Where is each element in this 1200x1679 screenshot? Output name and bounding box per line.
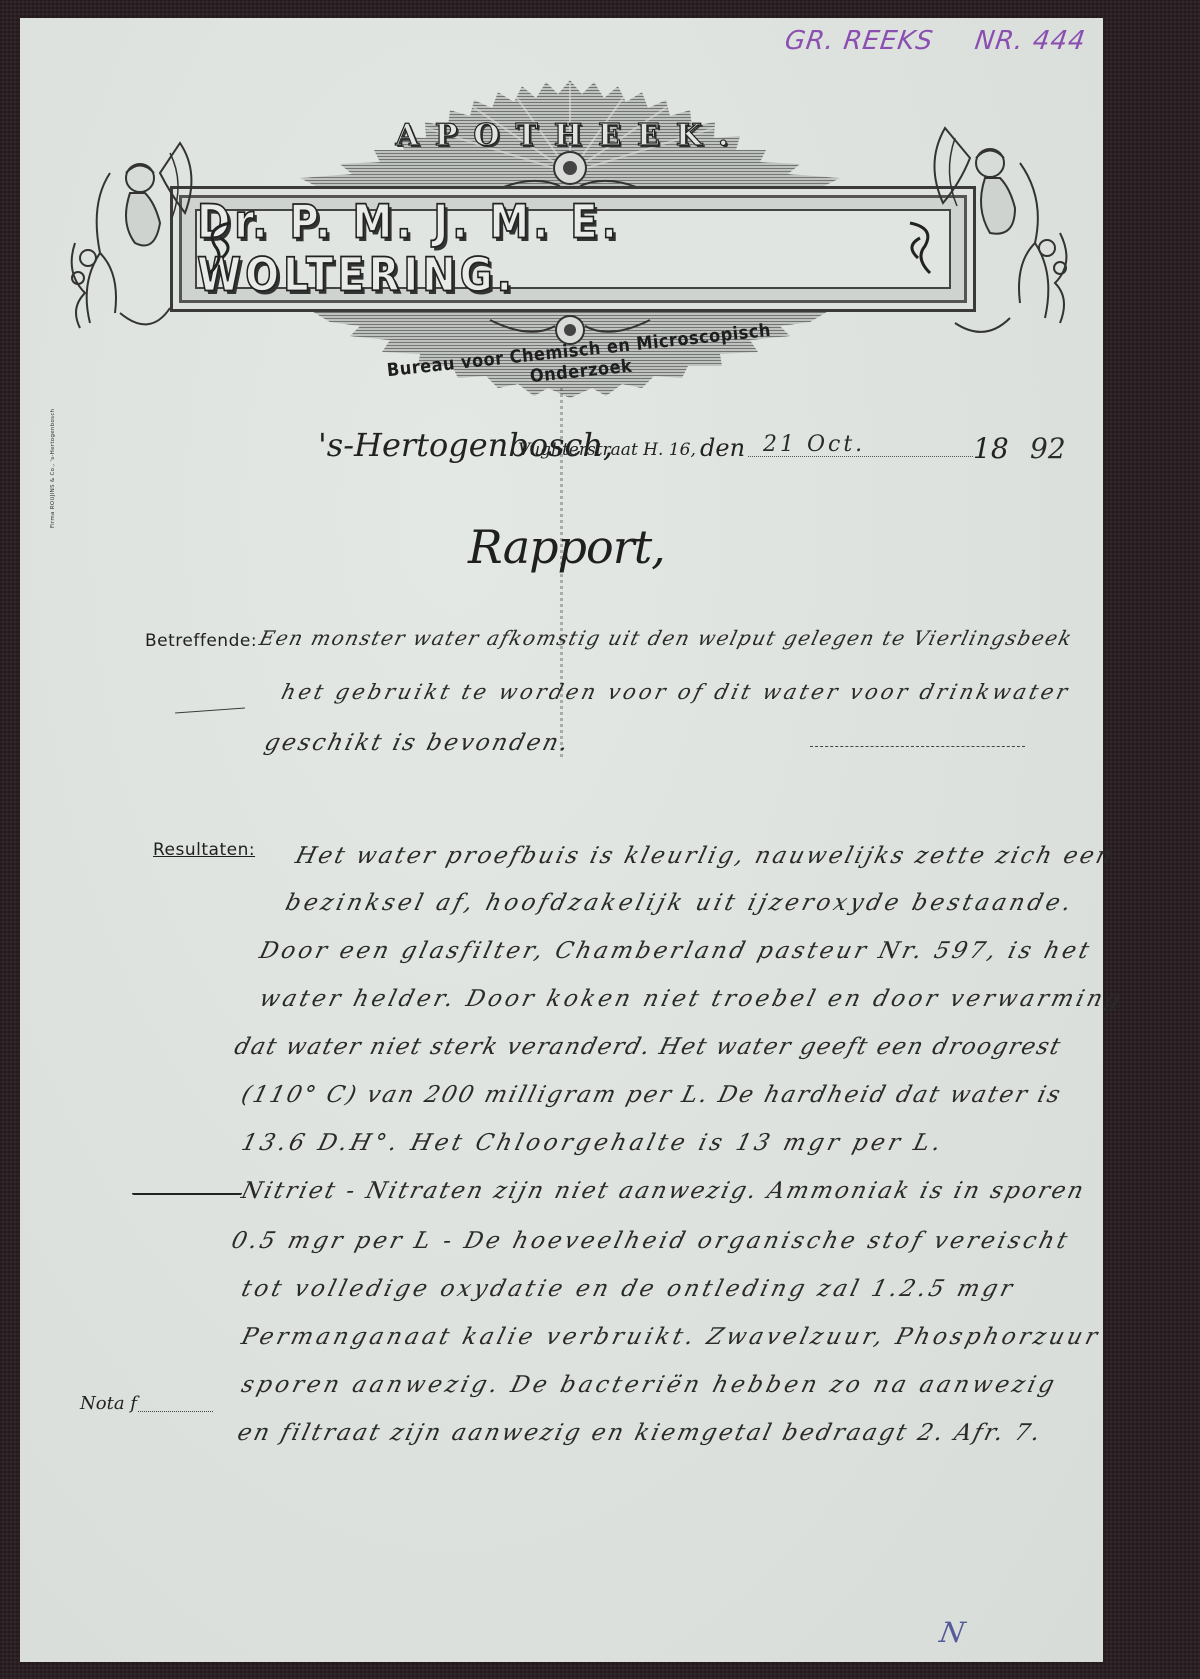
resultaten-line-6: (110° C) van 200 milligram per L. De har… (239, 1082, 1065, 1108)
resultaten-line-13: en filtraat zijn aanwezig en kiemgetal b… (235, 1420, 1046, 1446)
street-address: Vughterstraat H. 16, (518, 440, 696, 460)
archive-series-label: GR. REEKS (783, 26, 935, 56)
flourish-line (132, 1193, 242, 1195)
pharmacist-name: Dr. P. M. J. M. E. WOLTERING. (197, 196, 949, 302)
nota-label: Nota f (80, 1393, 137, 1414)
resultaten-line-1: Het water proefbuis is kleurlig, nauweli… (293, 843, 1117, 869)
year-prefix: 18 (973, 432, 1009, 465)
resultaten-line-12: sporen aanwezig. De bacteriën hebben zo … (239, 1372, 1060, 1398)
resultaten-line-9: 0.5 mgr per L - De hoeveelheid organisch… (229, 1228, 1073, 1254)
betreffende-end-rule (810, 746, 1025, 747)
betreffende-line-1: Een monster water afkomstig uit den welp… (257, 626, 1075, 650)
betreffende-line-3: geschikt is bevonden. (262, 730, 574, 756)
betreffende-line-2: het gebruikt te worden voor of dit water… (279, 680, 1073, 704)
apotheek-heading: APOTHEEK. (390, 118, 750, 153)
betreffende-label: Betreffende: (145, 631, 257, 651)
handwritten-year: 92 (1030, 432, 1066, 465)
resultaten-line-2: bezinksel af, hoofdzakelijk uit ijzeroxy… (283, 890, 1077, 916)
letterhead: APOTHEEK. Dr. P. M. J. M. E. WOLTERING. (60, 78, 1080, 398)
resultaten-line-4: water helder. Door koken niet troebel en… (257, 986, 1127, 1012)
flourish-line (175, 708, 245, 714)
resultaten-line-7: 13.6 D.H°. Het Chloorgehalte is 13 mgr p… (239, 1130, 947, 1156)
archive-number-label: NR. 444 (973, 26, 1088, 56)
printer-credit: Firma ROUJINS & Co., 's-Hertogenbosch (46, 318, 60, 528)
resultaten-line-3: Door een glasfilter, Chamberland pasteur… (257, 938, 1095, 964)
name-banner: Dr. P. M. J. M. E. WOLTERING. (170, 186, 976, 312)
resultaten-line-10: tot volledige oxydatie en de ontleding z… (239, 1276, 1018, 1302)
resultaten-line-11: Permanganaat kalie verbruikt. Zwavelzuur… (239, 1324, 1103, 1350)
cherub-left-icon (60, 133, 210, 343)
letter-sheet: GR. REEKS NR. 444 Firma ROUJINS & Co., '… (20, 18, 1103, 1662)
resultaten-line-5: dat water niet sterk veranderd. Het wate… (232, 1034, 1065, 1060)
den-label: den (700, 434, 745, 462)
resultaten-label: Resultaten: (153, 840, 255, 860)
nota-amount-field (138, 1411, 213, 1412)
resultaten-line-8: Nitriet - Nitraten zijn niet aanwezig. A… (239, 1178, 1089, 1204)
cherub-right-icon (915, 118, 1080, 343)
report-title: Rapport, (468, 520, 665, 574)
handwritten-date: 21 Oct. (763, 432, 865, 457)
place-date-line: 's-Hertogenbosch, Vughterstraat H. 16, d… (318, 422, 1078, 472)
pencil-mark: N (937, 1616, 967, 1649)
